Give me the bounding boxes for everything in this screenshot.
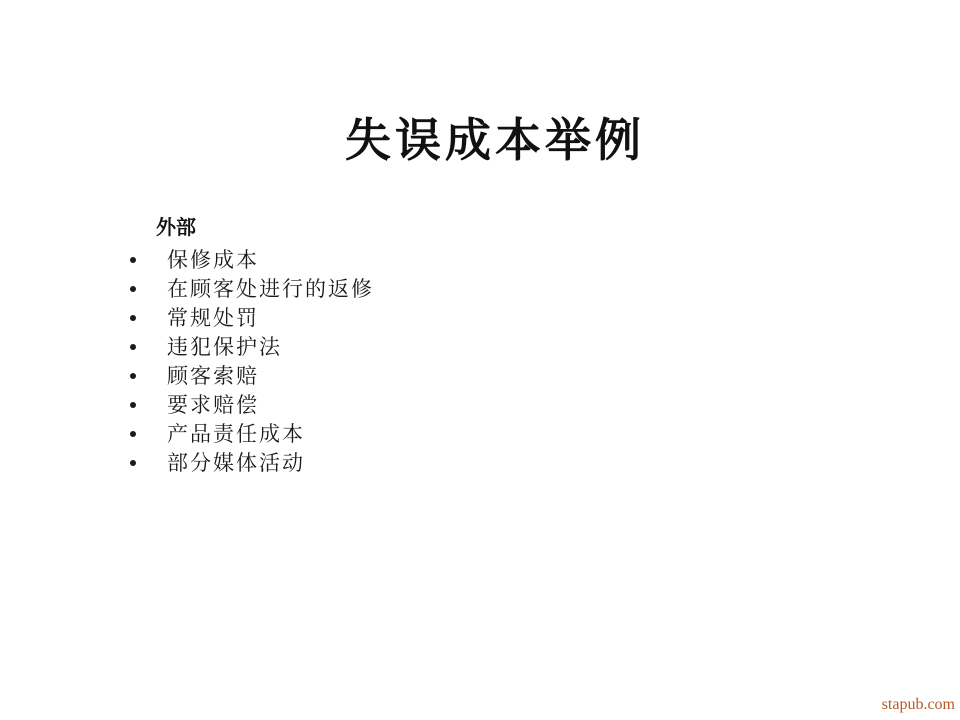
list-item: 顾客索赔 [130,362,690,391]
list-item-text: 产品责任成本 [167,422,305,446]
bullet-icon [130,315,136,321]
list-item: 保修成本 [130,246,690,275]
list-item: 常规处罚 [130,304,690,333]
bullet-icon [130,373,136,379]
bullet-list: 保修成本 在顾客处进行的返修 常规处罚 违犯保护法 顾客索赔 要求赔偿 [130,246,690,478]
section-heading: 外部 [156,217,690,239]
list-item-text: 顾客索赔 [167,364,259,388]
watermark-link[interactable]: stapub.com [882,696,955,714]
list-item-text: 部分媒体活动 [167,451,305,475]
bullet-icon [130,460,136,466]
slide-title: 失误成本举例 [0,104,960,170]
slide-body: 外部 保修成本 在顾客处进行的返修 常规处罚 违犯保护法 顾客索赔 [130,217,690,478]
list-item-text: 违犯保护法 [167,335,282,359]
list-item-text: 保修成本 [167,248,259,272]
bullet-icon [130,402,136,408]
list-item: 产品责任成本 [130,420,690,449]
list-item: 在顾客处进行的返修 [130,275,690,304]
bullet-icon [130,344,136,350]
list-item-text: 在顾客处进行的返修 [167,277,374,301]
bullet-icon [130,257,136,263]
list-item: 违犯保护法 [130,333,690,362]
bullet-icon [130,431,136,437]
list-item-text: 常规处罚 [167,306,259,330]
list-item: 部分媒体活动 [130,449,690,478]
list-item-text: 要求赔偿 [167,393,259,417]
list-item: 要求赔偿 [130,391,690,420]
bullet-icon [130,286,136,292]
presentation-slide: 失误成本举例 外部 保修成本 在顾客处进行的返修 常规处罚 违犯保护法 顾 [0,0,960,720]
